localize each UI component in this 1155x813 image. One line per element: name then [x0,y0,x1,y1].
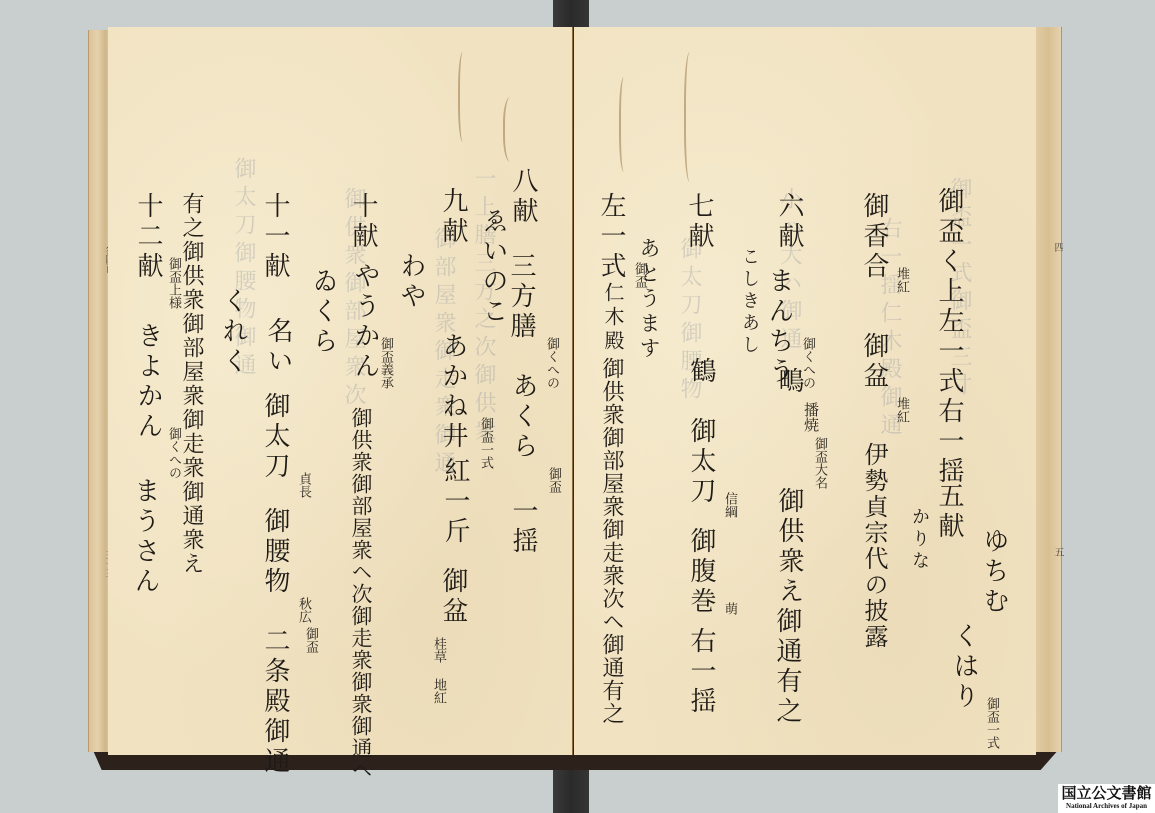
col-waya: わや [396,252,426,312]
col-otomoe: 御供衆え [774,487,804,607]
col-kogo: 御香合 [859,192,889,282]
col-nai: 名い [263,317,293,377]
watermark-english: National Archives of Japan [1058,802,1155,810]
col-koshimono: 御腰物 [260,507,290,597]
col-ichiyo-note: 御盃 [538,467,568,493]
col-ise: 伊勢貞宗代の披露 [859,442,889,650]
col-bon-right-note: 堆紅 [886,397,916,423]
col-karina: かりな [904,507,934,573]
left-page-edge: 参四百 五十三 [88,30,110,752]
col-nijo: 二条殿御通 [260,627,290,777]
col-kuhari-note: 御盃一式 [976,697,1006,749]
col-gokon: 五献 [934,482,964,542]
col-juichikon: 十一献 [260,192,290,282]
col-tachi: 御太刀 [260,392,290,482]
col-mausan-note: 御くへの [158,427,188,479]
col-kiyokan-note: 御盃上様 [158,257,188,309]
col-kureku: くれく [218,287,248,377]
col-nijo-note: 御盃 [295,627,325,653]
col-rokkon: 六献 [774,192,804,252]
col-tachi-right-note: 信綱 [714,492,744,518]
col-arikore: 有之御供衆御部屋衆御走衆御通衆え [176,192,206,576]
col-beni-note: 御盃一式 [470,417,500,469]
col-akura-note: 御くへの [536,337,566,389]
col-hidariichishiki: 左一式 [596,192,626,282]
col-atoumasu: あとうます [634,237,664,362]
col-kogo-note: 堆紅 [886,267,916,293]
col-kyukon: 九献 [438,187,468,247]
col-otomoe-note: 御盃大名 [804,437,834,489]
col-ichiyo: 一揺 [508,497,538,557]
col-tachi-note: 貞長 [288,472,318,498]
col-otooriari: 御通有之 [772,607,802,727]
col-hachikon: 八献 [508,167,538,227]
col-haramaki-note: 萌 [714,602,744,615]
col-einoko: ゑいのこ [478,207,508,327]
edge-label-right-top: 四 [1036,242,1062,251]
col-haramaki: 御腹巻 [686,527,716,617]
col-koshikiashi: こしきあし [734,247,764,357]
col-bon-right: 御盆 [859,332,889,392]
col-ikura: ゐくら [308,267,338,357]
watermark-logo: 国立公文書館 National Archives of Japan [1058,784,1155,813]
col-jukkon: 十献 [348,192,378,252]
col-nikidono: 仁木殿 [598,282,628,354]
col-sanpozen: 三方膳 [506,252,536,342]
col-shigi: 鴫 [774,367,804,397]
col-mausan: まうさん [130,477,160,597]
watermark-japanese: 国立公文書館 [1058,784,1155,802]
col-otomo: 御供衆御部屋衆ヘ次御走衆御衆御通ヘ [346,407,376,781]
left-page: 一上膳三方之次御供衆 御部屋衆御走衆御通 御供衆御部屋衆次 御太刀御腰物御通 八… [108,27,573,755]
col-otomoshu: 御供衆御部屋衆御走衆次ヘ御通有之 [596,357,626,725]
col-bon-note: 桂草 地紅 [423,637,453,704]
col-hidariichishiki-note: 御盃 [624,262,654,288]
col-kuhari: くはり [949,622,979,712]
col-beni: 紅一斤 [440,457,470,547]
col-hayaki: 播焼 [796,402,826,432]
col-koshimono-note: 秋広 [288,597,318,623]
right-page: 御盃一式御盃三寸 右一揺仁木殿御通 小ハ大ハ御通 御太刀御腰物 御盃く上左一式右… [574,27,1036,755]
col-tsuru: 鶴 [686,357,716,387]
col-bon: 御盆 [438,567,468,627]
col-akanei: あかね井 [438,332,468,452]
col-nanakon: 七献 [684,192,714,252]
col-sakazuki: 御盃く上左一式右一揺 [934,187,964,487]
col-otomo-note: 御盃義承 [370,337,400,389]
col-akura: あくら [508,372,538,462]
col-migiichiyo: 右一揺 [686,627,716,717]
edge-label-right-bottom: 五 [1036,547,1062,556]
col-kiyokan: きよかん [133,322,163,442]
col-yuchimu: ゆちむ [979,527,1009,617]
right-page-edge: 四 五 [1036,27,1062,752]
col-tachi-right: 御太刀 [686,417,716,507]
